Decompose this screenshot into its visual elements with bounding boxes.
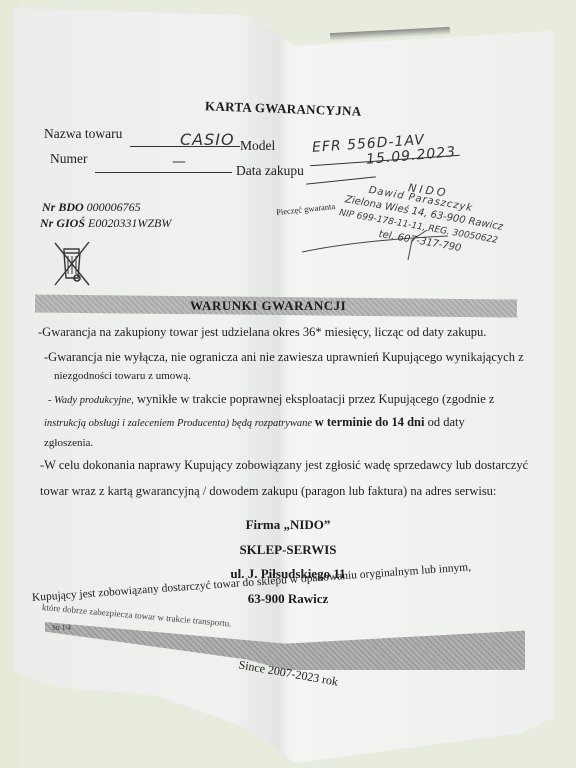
crossed-bin-icon — [52, 240, 92, 288]
service-company: Firma „NIDO” — [0, 517, 576, 533]
gios-label: Nr GIOŚ — [40, 216, 85, 230]
product-name-value: CASIO — [180, 130, 235, 149]
bdo-number: Nr BDO 000006765 — [42, 200, 141, 215]
condition-2: -Gwarancja nie wyłącza, nie ogranicza an… — [44, 350, 524, 365]
bdo-label: Nr BDO — [42, 200, 84, 214]
gios-number: Nr GIOŚ E0020331WZBW — [40, 216, 171, 231]
condition-3-cont-end: od daty — [424, 415, 464, 429]
condition-2-cont: niezgodności towaru z umową. — [54, 370, 191, 382]
page-number: Str 1/4 — [52, 624, 71, 632]
number-value: — — [172, 154, 187, 170]
purchase-date-label: Data zakupu — [236, 163, 304, 179]
condition-3-cont-text: instrukcją obsługi i zaleceniem Producen… — [44, 418, 315, 429]
condition-3-italic: - Wady produkcyjne, — [48, 395, 134, 406]
condition-3: - Wady produkcyjne, wynikłe w trakcie po… — [48, 392, 494, 407]
service-type: SKLEP-SERWIS — [0, 542, 576, 558]
signature-line — [300, 230, 450, 260]
condition-3-end: zgłoszenia. — [44, 437, 93, 449]
condition-3-text: wynikłe w trakcie poprawnej eksploatacji… — [134, 392, 495, 406]
condition-4: -W celu dokonania naprawy Kupujący zobow… — [40, 458, 528, 473]
model-label: Model — [240, 138, 275, 154]
condition-3-cont: instrukcją obsługi i zaleceniem Producen… — [44, 415, 465, 430]
product-name-label: Nazwa towaru — [44, 126, 122, 142]
number-line — [95, 172, 232, 173]
bdo-value: 000006765 — [87, 200, 141, 214]
gios-value: E0020331WZBW — [88, 216, 171, 230]
condition-4-cont: towar wraz z kartą gwarancyjną / dowodem… — [40, 484, 496, 499]
number-label: Numer — [50, 151, 88, 167]
conditions-heading: WARUNKI GWARANCJI — [190, 298, 346, 314]
condition-3-deadline: w terminie do 14 dni — [315, 415, 425, 429]
condition-1: -Gwarancja na zakupiony towar jest udzie… — [38, 325, 486, 340]
